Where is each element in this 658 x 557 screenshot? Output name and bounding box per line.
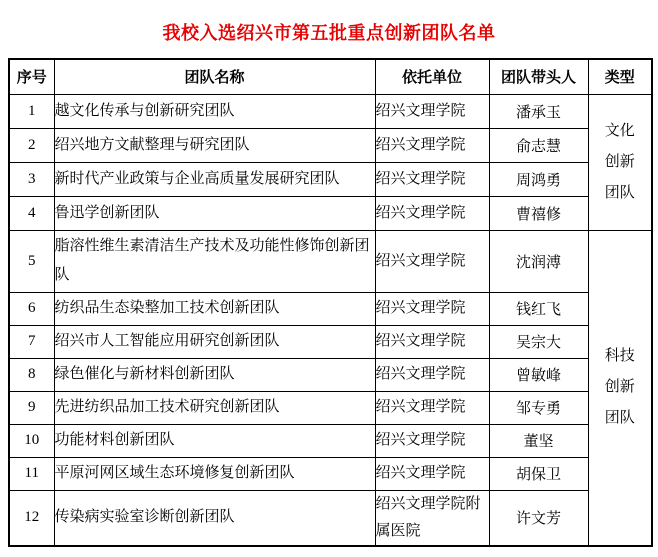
- leader-cell: 曾敏峰: [489, 358, 588, 391]
- unit-cell: 绍兴文理学院: [375, 162, 489, 196]
- leader-cell: 吴宗大: [489, 325, 588, 358]
- unit-cell: 绍兴文理学院: [375, 358, 489, 391]
- header-type: 类型: [588, 59, 652, 94]
- table-row: 8 绿色催化与新材料创新团队 绍兴文理学院 曾敏峰: [9, 358, 652, 391]
- team-name-cell: 平原河网区域生态环境修复创新团队: [54, 457, 375, 490]
- header-no: 序号: [9, 59, 54, 94]
- unit-cell: 绍兴文理学院: [375, 391, 489, 424]
- row-number-cell: 3: [9, 162, 54, 196]
- leader-cell: 胡保卫: [489, 457, 588, 490]
- table-row: 6 纺织品生态染整加工技术创新团队 绍兴文理学院 钱红飞: [9, 292, 652, 325]
- table-row: 9 先进纺织品加工技术研究创新团队 绍兴文理学院 邹专勇: [9, 391, 652, 424]
- header-row: 序号 团队名称 依托单位 团队带头人 类型: [9, 59, 652, 94]
- header-unit: 依托单位: [375, 59, 489, 94]
- team-name-cell: 纺织品生态染整加工技术创新团队: [54, 292, 375, 325]
- row-number-cell: 7: [9, 325, 54, 358]
- table-row: 2 绍兴地方文献整理与研究团队 绍兴文理学院 俞志慧: [9, 128, 652, 162]
- table-row: 5 脂溶性维生素清洁生产技术及功能性修饰创新团队 绍兴文理学院 沈润溥 科技 创…: [9, 230, 652, 292]
- leader-cell: 钱红飞: [489, 292, 588, 325]
- unit-cell: 绍兴文理学院: [375, 424, 489, 457]
- leader-cell: 沈润溥: [489, 230, 588, 292]
- team-name-cell: 先进纺织品加工技术研究创新团队: [54, 391, 375, 424]
- row-number-cell: 9: [9, 391, 54, 424]
- unit-cell: 绍兴文理学院: [375, 94, 489, 128]
- team-name-cell: 功能材料创新团队: [54, 424, 375, 457]
- header-team-name: 团队名称: [54, 59, 375, 94]
- page-title: 我校入选绍兴市第五批重点创新团队名单: [0, 0, 658, 58]
- table-row: 10 功能材料创新团队 绍兴文理学院 董坚: [9, 424, 652, 457]
- team-name-cell: 鲁迅学创新团队: [54, 196, 375, 230]
- leader-cell: 许文芳: [489, 490, 588, 546]
- row-number-cell: 12: [9, 490, 54, 546]
- unit-cell: 绍兴文理学院: [375, 457, 489, 490]
- row-number-cell: 4: [9, 196, 54, 230]
- leader-cell: 邹专勇: [489, 391, 588, 424]
- table-row: 11 平原河网区域生态环境修复创新团队 绍兴文理学院 胡保卫: [9, 457, 652, 490]
- unit-cell: 绍兴文理学院: [375, 196, 489, 230]
- row-number-cell: 5: [9, 230, 54, 292]
- unit-cell: 绍兴文理学院附属医院: [375, 490, 489, 546]
- leader-cell: 俞志慧: [489, 128, 588, 162]
- row-number-cell: 2: [9, 128, 54, 162]
- table-body: 1 越文化传承与创新研究团队 绍兴文理学院 潘承玉 文化 创新 团队 2 绍兴地…: [9, 94, 652, 546]
- table-row: 7 绍兴市人工智能应用研究创新团队 绍兴文理学院 吴宗大: [9, 325, 652, 358]
- unit-cell: 绍兴文理学院: [375, 325, 489, 358]
- row-number-cell: 11: [9, 457, 54, 490]
- row-number-cell: 10: [9, 424, 54, 457]
- innovation-teams-table: 序号 团队名称 依托单位 团队带头人 类型 1 越文化传承与创新研究团队 绍兴文…: [8, 58, 653, 547]
- unit-cell: 绍兴文理学院: [375, 230, 489, 292]
- team-name-cell: 绿色催化与新材料创新团队: [54, 358, 375, 391]
- team-name-cell: 绍兴地方文献整理与研究团队: [54, 128, 375, 162]
- table-row: 12 传染病实验室诊断创新团队 绍兴文理学院附属医院 许文芳: [9, 490, 652, 546]
- row-number-cell: 8: [9, 358, 54, 391]
- leader-cell: 曹禧修: [489, 196, 588, 230]
- table-header: 序号 团队名称 依托单位 团队带头人 类型: [9, 59, 652, 94]
- unit-cell: 绍兴文理学院: [375, 128, 489, 162]
- row-number-cell: 1: [9, 94, 54, 128]
- document-page: 我校入选绍兴市第五批重点创新团队名单 序号 团队名称 依托单位 团队带头人 类型…: [0, 0, 658, 557]
- team-name-cell: 新时代产业政策与企业高质量发展研究团队: [54, 162, 375, 196]
- table-row: 1 越文化传承与创新研究团队 绍兴文理学院 潘承玉 文化 创新 团队: [9, 94, 652, 128]
- table-row: 4 鲁迅学创新团队 绍兴文理学院 曹禧修: [9, 196, 652, 230]
- team-name-cell: 脂溶性维生素清洁生产技术及功能性修饰创新团队: [54, 230, 375, 292]
- leader-cell: 潘承玉: [489, 94, 588, 128]
- type-cell-culture: 文化 创新 团队: [588, 94, 652, 230]
- unit-cell: 绍兴文理学院: [375, 292, 489, 325]
- team-name-cell: 越文化传承与创新研究团队: [54, 94, 375, 128]
- row-number-cell: 6: [9, 292, 54, 325]
- table-row: 3 新时代产业政策与企业高质量发展研究团队 绍兴文理学院 周鸿勇: [9, 162, 652, 196]
- team-name-cell: 绍兴市人工智能应用研究创新团队: [54, 325, 375, 358]
- header-leader: 团队带头人: [489, 59, 588, 94]
- leader-cell: 董坚: [489, 424, 588, 457]
- leader-cell: 周鸿勇: [489, 162, 588, 196]
- type-cell-tech: 科技 创新 团队: [588, 230, 652, 546]
- team-name-cell: 传染病实验室诊断创新团队: [54, 490, 375, 546]
